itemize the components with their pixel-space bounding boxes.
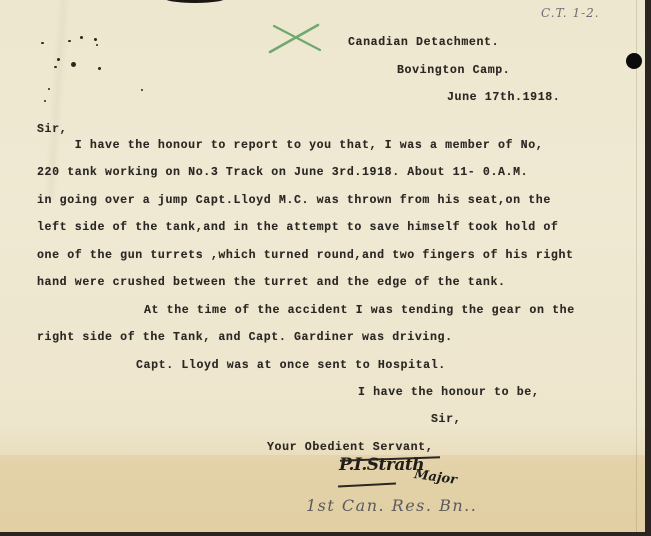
closing-line-2: Sir, (431, 413, 461, 427)
header-detachment: Canadian Detachment. (348, 36, 499, 50)
letter-page: C.T. 1-2. Canadian Detachment. Bovington… (0, 0, 645, 532)
closing-line-1: I have the honour to be, (358, 386, 539, 400)
body-line-6: hand were crushed between the turret and… (37, 276, 506, 290)
letter-date: June 17th.1918. (447, 91, 560, 105)
paper-edge-line (636, 0, 637, 532)
signature-rank: Major (413, 467, 458, 488)
body-line-5: one of the gun turrets ,which turned rou… (37, 249, 574, 263)
green-x-mark-icon (268, 22, 322, 56)
ink-blot (165, 0, 225, 3)
header-camp: Bovington Camp. (397, 64, 510, 78)
signature-unit: 1st Can. Res. Bn.. (306, 496, 477, 515)
salutation: Sir, (37, 123, 67, 137)
body-line-4: left side of the tank,and in the attempt… (37, 221, 558, 235)
body-line-2: 220 tank working on No.3 Track on June 3… (37, 166, 528, 180)
reference-note: C.T. 1-2. (541, 6, 600, 20)
body-line-8: right side of the Tank, and Capt. Gardin… (37, 331, 453, 345)
closing-line-3: Your Obedient Servant, (267, 441, 433, 455)
body-line-3: in going over a jump Capt.Lloyd M.C. was… (37, 194, 551, 208)
body-line-9: Capt. Lloyd was at once sent to Hospital… (136, 359, 446, 373)
punch-hole (626, 53, 642, 69)
body-line-1: I have the honour to report to you that,… (37, 139, 543, 153)
body-line-7: At the time of the accident I was tendin… (144, 304, 575, 318)
signature-underline (338, 482, 396, 487)
